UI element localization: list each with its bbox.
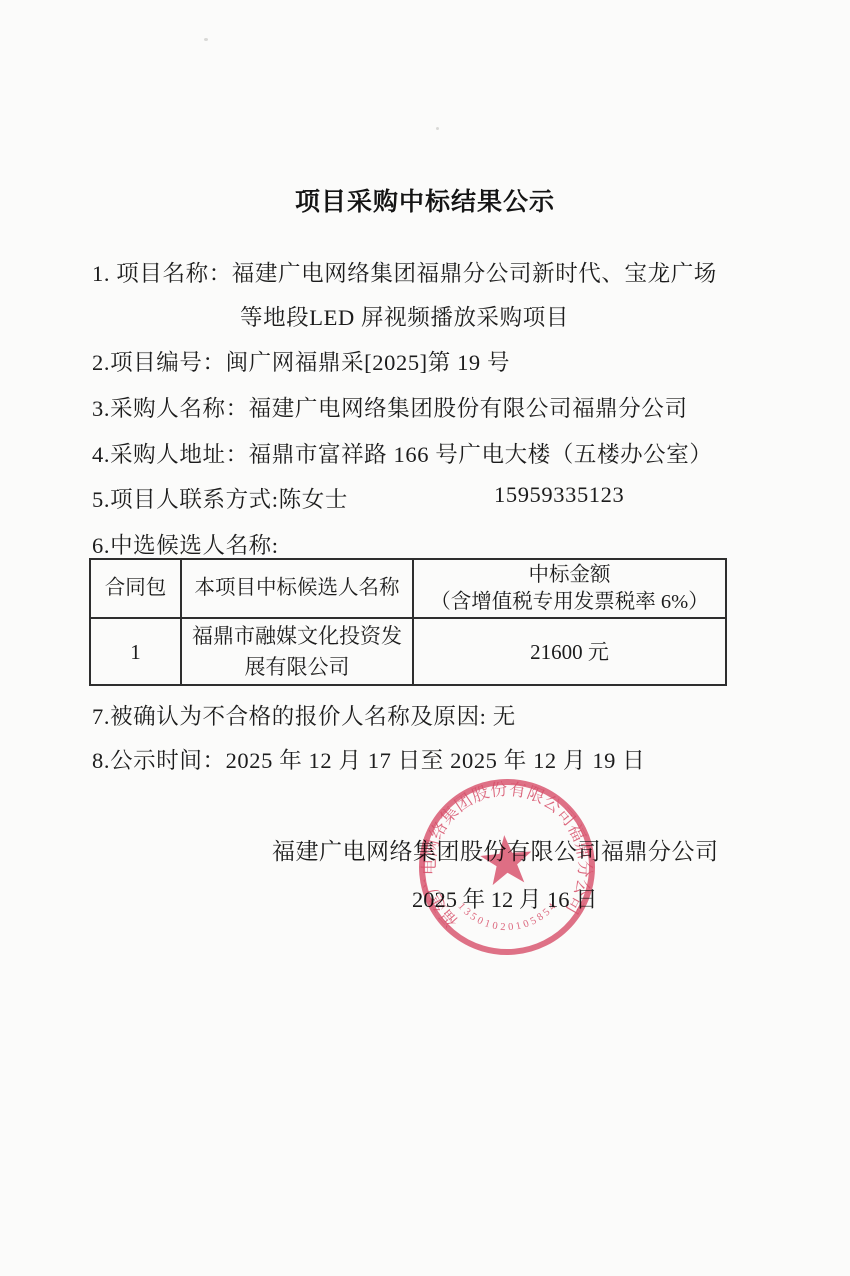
seal-star-icon bbox=[479, 833, 534, 886]
seal-code-text: 13501020105854 bbox=[455, 893, 562, 938]
item-contact-label: 5.项目人联系方式:陈女士 bbox=[92, 482, 348, 514]
header-bid-amount-line2: （含增值税专用发票税率 6%） bbox=[422, 589, 717, 616]
official-seal: 福建广电网络集团股份有限公司福鼎分公司 13501020105854 bbox=[404, 764, 610, 970]
bid-results-table: 合同包 本项目中标候选人名称 中标金额 （含增值税专用发票税率 6%） 1 福鼎… bbox=[89, 558, 727, 686]
header-bid-amount: 中标金额 （含增值税专用发票税率 6%） bbox=[413, 559, 726, 618]
page-title: 项目采购中标结果公示 bbox=[0, 182, 850, 218]
item-project-name-line1: 1. 项目名称：福建广电网络集团福鼎分公司新时代、宝龙广场 bbox=[92, 256, 717, 288]
cell-bid-amount: 21600 元 bbox=[413, 618, 726, 685]
header-contract-package: 合同包 bbox=[90, 559, 181, 618]
table-header-row: 合同包 本项目中标候选人名称 中标金额 （含增值税专用发票税率 6%） bbox=[90, 559, 726, 618]
cell-contract-package: 1 bbox=[90, 618, 181, 685]
scan-speck bbox=[436, 127, 439, 130]
header-bid-amount-line1: 中标金额 bbox=[422, 562, 717, 589]
item-candidates-heading: 6.中选候选人名称: bbox=[92, 528, 279, 560]
item-contact-phone: 15959335123 bbox=[494, 482, 624, 508]
table-row: 1 福鼎市融媒文化投资发展有限公司 21600 元 bbox=[90, 618, 726, 685]
cell-candidate-name: 福鼎市融媒文化投资发展有限公司 bbox=[181, 618, 413, 685]
item-purchaser-address: 4.采购人地址：福鼎市富祥路 166 号广电大楼（五楼办公室） bbox=[92, 437, 712, 469]
header-candidate-name: 本项目中标候选人名称 bbox=[181, 559, 413, 618]
item-project-name-line2: 等地段LED 屏视频播放采购项目 bbox=[240, 300, 569, 332]
item-project-number: 2.项目编号：闽广网福鼎采[2025]第 19 号 bbox=[92, 345, 510, 377]
scan-speck bbox=[204, 38, 208, 41]
item-disqualified-bidders: 7.被确认为不合格的报价人名称及原因: 无 bbox=[92, 699, 516, 731]
item-purchaser-name: 3.采购人名称：福建广电网络集团股份有限公司福鼎分公司 bbox=[92, 391, 688, 423]
